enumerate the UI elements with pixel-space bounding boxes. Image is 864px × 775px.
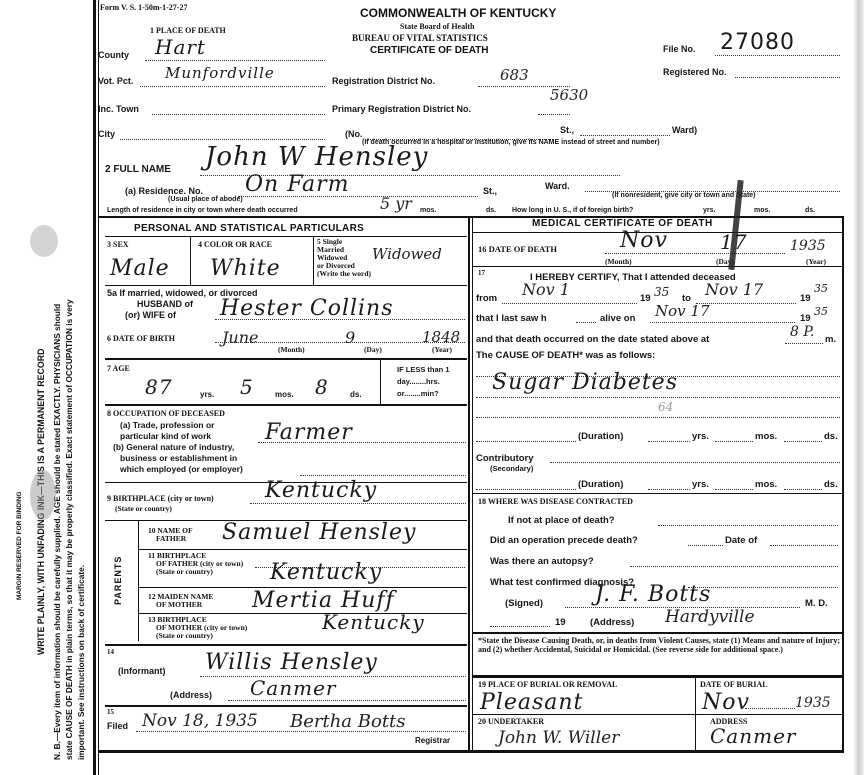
foreign-mos-label: mos. <box>754 207 770 214</box>
bottom-rule <box>99 750 844 753</box>
registrar-label: Registrar <box>415 736 450 745</box>
undertaker-address-value[interactable]: Canmer <box>710 724 796 748</box>
spouse-value[interactable]: Hester Collins <box>220 296 394 321</box>
last-saw-year[interactable]: 35 <box>814 305 828 318</box>
dob-month-caption: (Month) <box>278 345 305 354</box>
m-label: m. <box>825 334 836 345</box>
informant-address-label: (Address) <box>170 690 212 700</box>
column-divider-2 <box>472 216 473 751</box>
undertaker-value[interactable]: John W. Willer <box>498 728 619 748</box>
vot-pct-line <box>140 86 325 87</box>
length-residence-label: Length of residence in city or town wher… <box>107 207 298 214</box>
county-value[interactable]: Hart <box>155 35 206 59</box>
informant-num: 14 <box>107 648 114 656</box>
ward-label: Ward) <box>672 125 697 135</box>
birthplace-sub: (State or country) <box>115 504 172 513</box>
burial-date-line <box>745 708 795 709</box>
signed-year-prefix: 19 <box>555 617 566 628</box>
rule <box>473 675 842 678</box>
residence-label: (a) Residence. No. <box>125 186 203 196</box>
mother-birthplace-label: 13 BIRTHPLACE OF MOTHER (city or town) (… <box>148 616 247 640</box>
time-line <box>785 343 823 344</box>
parents-label: PARENTS <box>113 556 123 605</box>
registered-no-label: Registered No. <box>663 67 727 77</box>
dob-year-caption: (Year) <box>432 345 452 354</box>
rule <box>138 521 139 641</box>
usual-abode-note: (Usual place of abode) <box>168 196 243 203</box>
certificate-line2: State Board of Health <box>400 22 474 31</box>
burial-year-value[interactable]: 1935 <box>795 695 831 711</box>
contributory-line <box>550 462 840 463</box>
rule <box>105 358 467 360</box>
primary-district-label: Primary Registration District No. <box>332 104 471 114</box>
race-value[interactable]: White <box>210 256 281 281</box>
informant-value[interactable]: Willis Hensley <box>205 650 378 675</box>
occupation-value[interactable]: Farmer <box>265 420 353 445</box>
age-days[interactable]: 8 <box>315 375 329 399</box>
dob-label: 6 DATE OF BIRTH <box>107 334 175 343</box>
margin-instruction-3: important. See instructions on back of c… <box>76 565 86 760</box>
to-year[interactable]: 35 <box>814 282 828 295</box>
duration-yrs-line-1 <box>648 441 690 442</box>
employer-line <box>300 475 466 476</box>
burial-place-value[interactable]: Pleasant <box>480 690 583 715</box>
age-months[interactable]: 5 <box>240 375 254 399</box>
rule <box>105 285 467 286</box>
from-year-prefix: 19 <box>640 293 651 304</box>
alive-on-label: alive on <box>600 313 635 324</box>
to-year-prefix: 19 <box>800 293 811 304</box>
file-no-line <box>715 55 840 56</box>
burial-date-value[interactable]: Nov <box>702 690 750 715</box>
full-name-value[interactable]: John W Hensley <box>205 142 428 172</box>
cause-line-2 <box>476 397 840 398</box>
dod-label: 16 DATE OF DEATH <box>478 244 557 254</box>
foreign-ds-label: ds. <box>805 207 815 214</box>
mother-label: 12 MAIDEN NAME OF MOTHER <box>148 593 213 609</box>
certificate-line4: CERTIFICATE OF DEATH <box>370 45 489 56</box>
from-label: from <box>476 293 497 304</box>
filed-num: 15 <box>107 708 114 716</box>
father-label: 10 NAME OF FATHER <box>148 527 193 543</box>
informant-label: (Informant) <box>118 666 166 676</box>
date-of-line <box>770 545 838 546</box>
autopsy-label: Was there an autopsy? <box>490 556 594 567</box>
not-at-place-label: If not at place of death? <box>508 515 615 526</box>
md-label: M. D. <box>805 598 828 609</box>
certificate-title: COMMONWEALTH OF KENTUCKY <box>360 6 556 20</box>
signed-label: (Signed) <box>505 598 543 609</box>
street-no-label: (No. <box>345 129 363 139</box>
num-17: 17 <box>478 269 485 277</box>
age-ds-label: ds. <box>350 390 362 399</box>
reg-district-value[interactable]: 683 <box>500 66 529 84</box>
full-name-label: 2 FULL NAME <box>105 164 171 175</box>
occurred-text: and that death occurred on the date stat… <box>476 334 709 345</box>
duration-ds-2: ds. <box>824 479 838 490</box>
birthplace-line <box>250 503 466 504</box>
rule <box>105 236 467 237</box>
file-no-label: File No. <box>663 44 696 54</box>
dob-day[interactable]: 9 <box>345 328 355 347</box>
filed-label: Filed <box>107 721 128 731</box>
mother-birthplace-value[interactable]: Kentucky <box>322 610 425 634</box>
sex-label: 3 SEX <box>107 240 129 249</box>
residence-ds-label: ds. <box>486 207 496 214</box>
last-saw-year-prefix: 19 <box>800 313 811 324</box>
rule <box>473 266 842 267</box>
physician-address-value[interactable]: Hardyville <box>665 607 755 627</box>
operation-label: Did an operation precede death? <box>490 535 638 546</box>
county-label: County <box>98 50 129 60</box>
duration-mos-2: mos. <box>755 479 777 490</box>
informant-address-line <box>228 700 466 701</box>
residence-value[interactable]: On Farm <box>245 172 349 197</box>
occupation-a-label: (a) Trade, profession or particular kind… <box>113 420 243 475</box>
cause-value[interactable]: Sugar Diabetes <box>492 370 678 395</box>
foreign-birth-label: How long in U. S., if of foreign birth? <box>512 207 633 214</box>
race-label: 4 COLOR OR RACE <box>198 240 272 249</box>
duration-ds-line-1 <box>784 441 822 442</box>
informant-address-value[interactable]: Canmer <box>250 676 336 700</box>
dob-day-caption: (Day) <box>364 345 382 354</box>
dod-month-caption: (Month) <box>605 257 632 266</box>
page-edge-shadow <box>853 0 864 775</box>
duration-yrs-line-2 <box>648 489 690 490</box>
registrar-signature[interactable]: Bertha Botts <box>290 711 406 732</box>
column-divider <box>468 216 470 751</box>
rule <box>313 237 314 285</box>
undertaker-label: 20 UNDERTAKER <box>478 717 544 726</box>
form-id: Form V. S. 1-50m-1-27-27 <box>100 3 187 12</box>
vot-pct-value[interactable]: Munfordville <box>165 64 275 82</box>
marital-value[interactable]: Widowed <box>372 245 442 263</box>
filed-date[interactable]: Nov 18, 1935 <box>142 711 258 731</box>
duration-yrs-1: yrs. <box>692 431 709 442</box>
operation-line <box>688 545 723 546</box>
signed-date-line <box>490 626 550 627</box>
dod-month[interactable]: Nov <box>620 228 668 253</box>
from-line <box>502 303 637 304</box>
duration-mos-line-2 <box>715 489 753 490</box>
duration-label-2: (Duration) <box>578 479 623 490</box>
margin-instruction-2: state CAUSE OF DEATH in plain terms, so … <box>64 299 74 760</box>
secondary-label: (Secondary) <box>490 464 533 473</box>
age-yrs-label: yrs. <box>200 390 214 399</box>
ink-smudge <box>30 225 58 257</box>
foreign-yrs-label: yrs. <box>703 207 715 214</box>
residence-ward-label: Ward. <box>545 181 570 191</box>
cause-label: The CAUSE OF DEATH* was as follows: <box>476 350 655 361</box>
street-label: St., <box>560 125 574 135</box>
county-line <box>145 60 325 61</box>
dod-line <box>605 253 785 254</box>
not-at-place-line <box>658 525 838 526</box>
cause-note: 64 <box>658 400 673 414</box>
physician-signature[interactable]: J. F. Botts <box>595 582 711 607</box>
less-than-day-label: IF LESS than 1 day........hrs. or.......… <box>397 364 450 400</box>
city-line <box>120 139 325 140</box>
duration-label-1: (Duration) <box>578 431 623 442</box>
cause-line-3 <box>476 417 840 418</box>
duration-ds-line-2 <box>784 489 822 490</box>
dod-year[interactable]: 1935 <box>790 238 826 254</box>
margin-reserved-note: MARGIN RESERVED FOR BINDING <box>16 491 23 600</box>
burial-place-label: 19 PLACE OF BURIAL OR REMOVAL <box>478 680 617 689</box>
residence-mos-label: mos. <box>420 207 436 214</box>
duration-ds-1: ds. <box>824 431 838 442</box>
from-year[interactable]: 35 <box>654 285 669 299</box>
margin-instruction-1: N. B.—Every item of information should b… <box>52 304 62 760</box>
father-birthplace-value[interactable]: Kentucky <box>270 560 382 585</box>
age-years[interactable]: 87 <box>145 375 172 399</box>
rule <box>105 404 467 406</box>
ink-smudge <box>30 470 56 520</box>
father-value[interactable]: Samuel Hensley <box>222 520 416 545</box>
birthplace-value[interactable]: Kentucky <box>265 478 377 503</box>
rule <box>190 237 191 285</box>
cause-footnote: *State the Disease Causing Death, or, in… <box>478 636 840 654</box>
contributory-label: Contributory <box>476 453 534 464</box>
ward-line <box>580 135 670 136</box>
file-no-value[interactable]: 27080 <box>720 30 795 55</box>
occupation-heading: 8 OCCUPATION OF DECEASED <box>107 409 225 418</box>
primary-district-value[interactable]: 5630 <box>550 86 588 104</box>
primary-district-line <box>538 114 570 115</box>
personal-heading: PERSONAL AND STATISTICAL PARTICULARS <box>134 223 364 234</box>
duration-mos-line-1 <box>715 441 753 442</box>
duration-line-2 <box>476 489 576 490</box>
place-of-death-heading: 1 PLACE OF DEATH <box>150 26 226 35</box>
rule <box>473 493 842 494</box>
inc-town-label: Inc. Town <box>98 104 139 114</box>
age-mos-label: mos. <box>275 390 294 399</box>
duration-mos-1: mos. <box>755 431 777 442</box>
date-of-label: Date of <box>725 535 757 546</box>
autopsy-line <box>630 566 838 567</box>
registered-no-line <box>735 77 840 78</box>
nonresident-note: (If nonresident, give city or town and S… <box>612 192 756 199</box>
duration-line-1 <box>476 441 576 442</box>
inc-town-line <box>152 114 325 115</box>
rule <box>380 360 381 404</box>
dob-year[interactable]: 1848 <box>422 328 460 346</box>
rule <box>473 632 842 634</box>
dod-year-caption: (Year) <box>806 257 826 266</box>
vot-pct-label: Vot. Pct. <box>98 76 133 86</box>
frame-left-border <box>93 0 96 775</box>
last-saw-pronoun-line <box>576 322 596 323</box>
certificate-line3: BUREAU OF VITAL STATISTICS <box>352 33 488 43</box>
rule <box>105 644 467 646</box>
age-label: 7 AGE <box>107 364 130 373</box>
physician-address-label: (Address) <box>590 617 634 628</box>
residence-st-label: St., <box>483 186 497 196</box>
frame-left-border-inner <box>98 0 99 775</box>
where-contracted-heading: 18 WHERE WAS DISEASE CONTRACTED <box>478 497 633 506</box>
last-saw-label: that I last saw h <box>476 313 547 324</box>
sex-value[interactable]: Male <box>110 256 170 281</box>
marital-label: 5 Single Married Widowed or Divorced (Wr… <box>317 238 371 278</box>
dob-month[interactable]: June <box>222 328 259 347</box>
father-birthplace-label: 11 BIRTHPLACE OF FATHER (city or town) (… <box>148 552 243 576</box>
duration-yrs-2: yrs. <box>692 479 709 490</box>
city-label: City <box>98 129 115 139</box>
length-residence-value[interactable]: 5 yr <box>380 194 412 213</box>
right-border <box>842 216 844 753</box>
rule <box>473 714 842 715</box>
burial-date-label: DATE OF BURIAL <box>700 680 768 689</box>
birthplace-label: 9 BIRTHPLACE (city or town) <box>107 494 214 503</box>
rule <box>139 549 467 550</box>
to-line <box>696 303 796 304</box>
last-saw-value[interactable]: Nov 17 <box>655 302 710 320</box>
to-value[interactable]: Nov 17 <box>705 280 763 299</box>
alive-on-line <box>650 322 795 323</box>
time-value[interactable]: 8 P. <box>790 324 814 340</box>
from-value[interactable]: Nov 1 <box>522 280 570 299</box>
reg-district-label: Registration District No. <box>332 76 435 86</box>
rule <box>105 705 467 707</box>
